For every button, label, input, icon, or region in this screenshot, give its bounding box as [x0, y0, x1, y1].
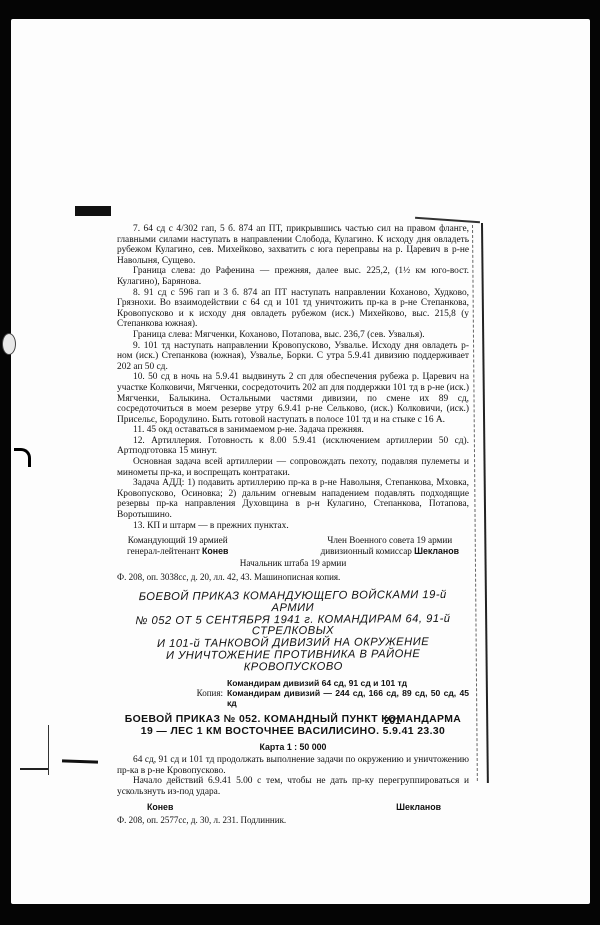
council-member-rank-line: дивизионный комиссар Шекланов — [321, 546, 459, 556]
signature-block-1: Командующий 19 армией генерал-лейтенант … — [117, 535, 469, 556]
commander-rank-line: генерал-лейтенант Конев — [127, 546, 228, 556]
paragraph-add-task: Задача АДД: 1) подавить артиллерию пр-ка… — [117, 478, 469, 520]
scan-background: 7. 64 сд с 4/302 гап, 5 б. 874 ап ПТ, пр… — [0, 0, 600, 925]
left-margin-line — [48, 725, 49, 775]
map-scale: Карта 1 : 50 000 — [117, 742, 469, 753]
signature-block-2: Конев Шекланов — [117, 802, 469, 813]
commander-rank: генерал-лейтенант — [127, 546, 202, 556]
order-title-line-4: И УНИЧТОЖЕНИЕ ПРОТИВНИКА В РАЙОНЕ КРОВОП… — [117, 649, 469, 675]
commander-name: Конев — [202, 546, 228, 556]
final-signature-sheklanov: Шекланов — [396, 802, 441, 813]
order-heading-line-1: БОЕВОЙ ПРИКАЗ № 052. КОМАНДНЫЙ ПУНКТ КОМ… — [117, 714, 469, 726]
paragraph-boundary-left-8: Граница слева: Мягченки, Коханово, Потап… — [117, 330, 469, 341]
paragraph-boundary-left-7: Граница слева: до Рафенина — прежняя, да… — [117, 266, 469, 287]
binding-hole-icon — [2, 333, 16, 355]
left-corner-mark — [20, 768, 48, 770]
addressee-main: — Командирам дивизий 64 сд, 91 сд и 101 … — [177, 678, 469, 688]
order-paragraph-1: 64 сд, 91 сд и 101 тд продолжать выполне… — [117, 755, 469, 776]
archive-reference-2: Ф. 208, оп. 2577сс, д. 30, л. 231. Подли… — [117, 815, 469, 826]
paragraph-11: 11. 45 окд оставаться в занимаемом р-не.… — [117, 425, 469, 436]
page-number: 201 — [384, 716, 401, 727]
addressees-block: — Командирам дивизий 64 сд, 91 сд и 101 … — [177, 678, 469, 709]
paragraph-7: 7. 64 сд с 4/302 гап, 5 б. 874 ап ПТ, пр… — [117, 224, 469, 266]
addressee-copy-text: Командирам дивизий — 244 сд, 166 сд, 89 … — [227, 688, 469, 708]
order-title-line-1: БОЕВОЙ ПРИКАЗ КОМАНДУЮЩЕГО ВОЙСКАМИ 19-й… — [117, 590, 469, 616]
paragraph-9: 9. 101 тд наступать направлении Кровопус… — [117, 341, 469, 373]
paragraph-artillery-main-task: Основная задача всей артиллерии — сопров… — [117, 457, 469, 478]
order-title-italic: БОЕВОЙ ПРИКАЗ КОМАНДУЮЩЕГО ВОЙСКАМИ 19-й… — [117, 590, 470, 675]
order-paragraph-2: Начало действий 6.9.41 5.00 с тем, чтобы… — [117, 776, 469, 797]
paragraph-12: 12. Артиллерия. Готовность к 8.00 5.9.41… — [117, 436, 469, 457]
council-member-name: Шекланов — [414, 546, 459, 556]
council-member-title: Член Военного совета 19 армии — [321, 535, 459, 545]
order-heading: БОЕВОЙ ПРИКАЗ № 052. КОМАНДНЫЙ ПУНКТ КОМ… — [117, 714, 469, 737]
signature-commander: Командующий 19 армией генерал-лейтенант … — [117, 535, 228, 556]
chief-of-staff-line: Начальник штаба 19 армии — [117, 558, 469, 569]
scan-artifact-hook — [14, 448, 31, 467]
final-signature-konev: Конев — [147, 802, 173, 813]
paragraph-13: 13. КП и штарм — в прежних пунктах. — [117, 521, 469, 532]
paragraph-8: 8. 91 сд с 596 гап и 3 б. 874 ап ПТ наст… — [117, 288, 469, 330]
council-member-rank: дивизионный комиссар — [321, 546, 415, 556]
paragraph-10: 10. 50 сд в ночь на 5.9.41 выдвинуть 2 с… — [117, 372, 469, 425]
scan-artifact-black-box — [75, 206, 111, 216]
order-heading-line-2: 19 — ЛЕС 1 КМ ВОСТОЧНЕЕ ВАСИЛИСИНО. 5.9.… — [117, 726, 469, 738]
archive-reference-1: Ф. 208, оп. 3038сс, д. 20, лл. 42, 43. М… — [117, 572, 469, 583]
signature-council-member: Член Военного совета 19 армии дивизионны… — [321, 535, 469, 556]
copy-label: Копия: — [177, 688, 227, 708]
document-text-column: 7. 64 сд с 4/302 гап, 5 б. 874 ап ПТ, пр… — [117, 224, 469, 826]
commander-title: Командующий 19 армией — [127, 535, 228, 545]
addressee-main-text: Командирам дивизий 64 сд, 91 сд и 101 тд — [227, 678, 469, 688]
addressee-copy: Копия: Командирам дивизий — 244 сд, 166 … — [177, 688, 469, 708]
